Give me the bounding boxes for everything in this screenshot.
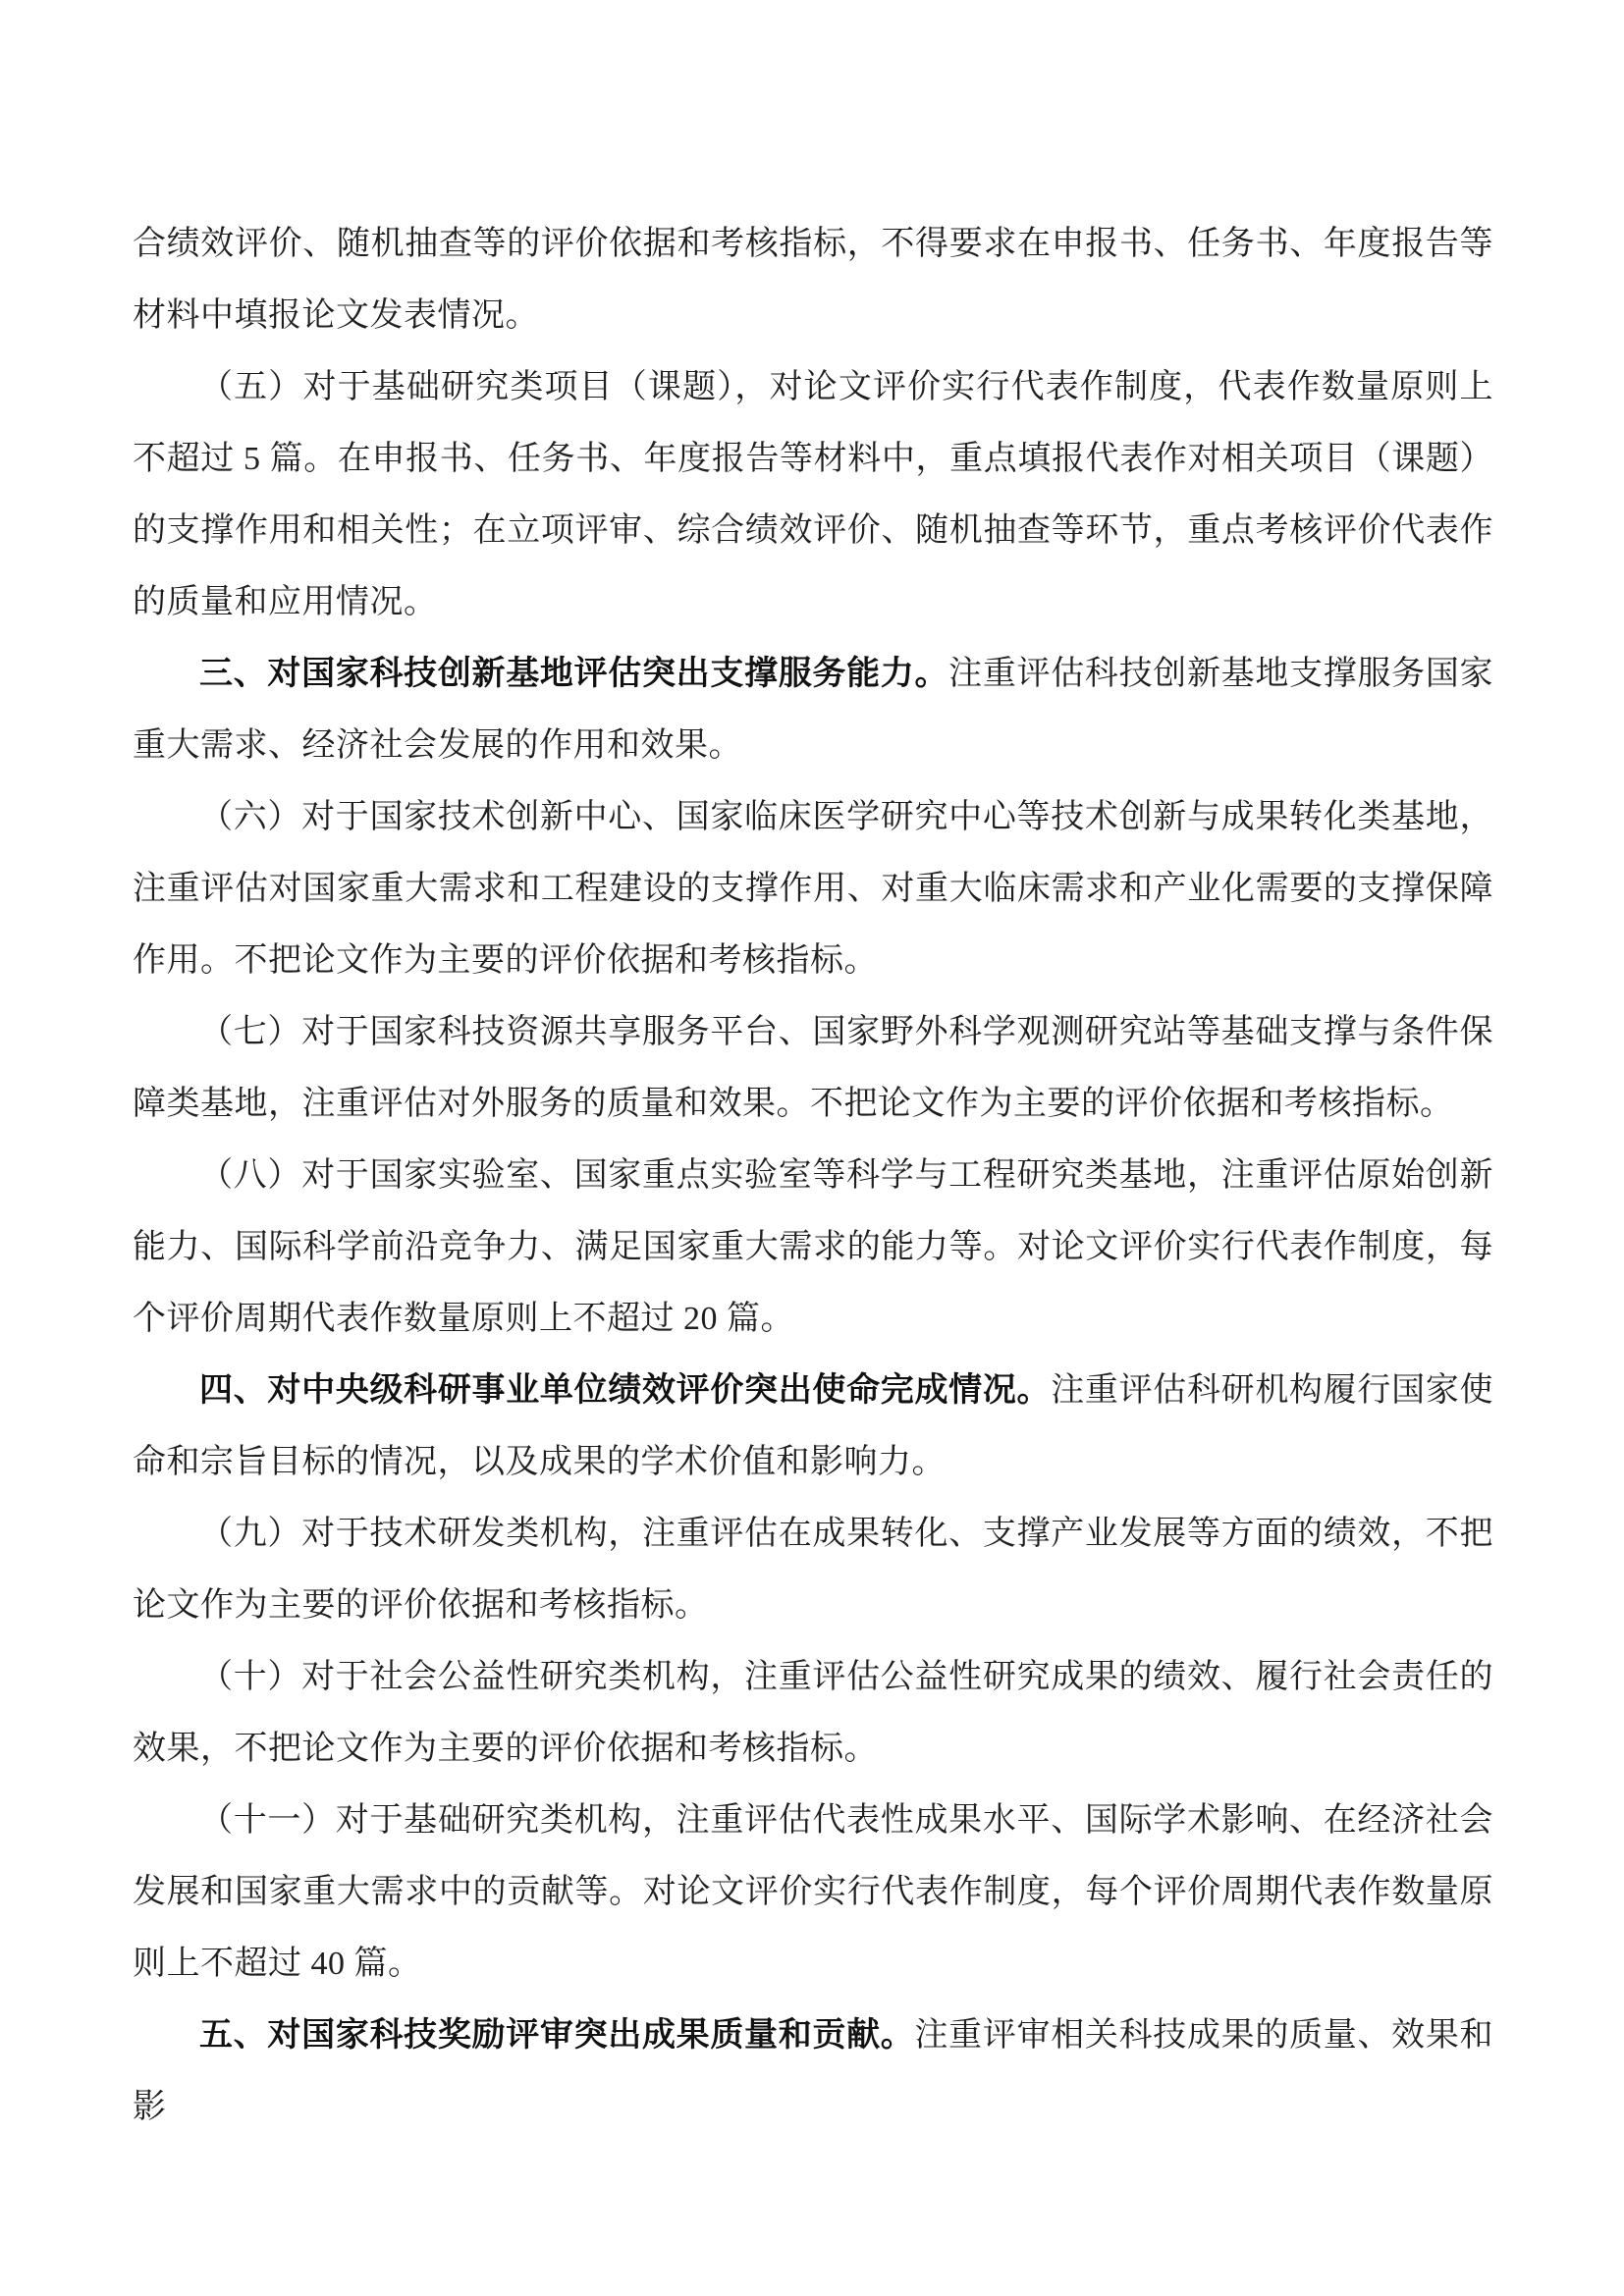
- section-heading-run: 三、对国家科技创新基地评估突出支撑服务能力。: [199, 656, 948, 692]
- section-heading-run: 四、对中央级科研事业单位绩效评价突出使命完成情况。: [199, 1372, 1051, 1409]
- body-text-run: （九）对于技术研发类机构，注重评估在成果转化、支撑产业发展等方面的绩效，不把论文…: [133, 1516, 1493, 1624]
- paragraph: 合绩效评价、随机抽查等的评价依据和考核指标，不得要求在申报书、任务书、年度报告等…: [133, 208, 1493, 351]
- document-body: 合绩效评价、随机抽查等的评价依据和考核指标，不得要求在申报书、任务书、年度报告等…: [133, 208, 1493, 2143]
- paragraph: （十）对于社会公益性研究类机构，注重评估公益性研究成果的绩效、履行社会责任的效果…: [133, 1641, 1493, 1785]
- body-text-run: （七）对于国家科技资源共享服务平台、国家野外科学观测研究站等基础支撑与条件保障类…: [133, 1014, 1493, 1122]
- body-text-run: （八）对于国家实验室、国家重点实验室等科学与工程研究类基地，注重评估原始创新能力…: [133, 1157, 1493, 1337]
- paragraph: （十一）对于基础研究类机构，注重评估代表性成果水平、国际学术影响、在经济社会发展…: [133, 1785, 1493, 2000]
- paragraph: 五、对国家科技奖励评审突出成果质量和贡献。注重评审相关科技成果的质量、效果和影: [133, 2000, 1493, 2143]
- body-text-run: （五）对于基础研究类项目（课题），对论文评价实行代表作制度，代表作数量原则上不超…: [133, 369, 1493, 620]
- paragraph: （八）对于国家实验室、国家重点实验室等科学与工程研究类基地，注重评估原始创新能力…: [133, 1140, 1493, 1355]
- paragraph: （九）对于技术研发类机构，注重评估在成果转化、支撑产业发展等方面的绩效，不把论文…: [133, 1498, 1493, 1641]
- paragraph: （七）对于国家科技资源共享服务平台、国家野外科学观测研究站等基础支撑与条件保障类…: [133, 996, 1493, 1140]
- body-text-run: 合绩效评价、随机抽查等的评价依据和考核指标，不得要求在申报书、任务书、年度报告等…: [133, 226, 1493, 334]
- paragraph: 三、对国家科技创新基地评估突出支撑服务能力。注重评估科技创新基地支撑服务国家重大…: [133, 638, 1493, 781]
- body-text-run: （十）对于社会公益性研究类机构，注重评估公益性研究成果的绩效、履行社会责任的效果…: [133, 1659, 1493, 1767]
- document-page: 合绩效评价、随机抽查等的评价依据和考核指标，不得要求在申报书、任务书、年度报告等…: [0, 0, 1624, 2296]
- paragraph: 四、对中央级科研事业单位绩效评价突出使命完成情况。注重评估科研机构履行国家使命和…: [133, 1355, 1493, 1498]
- section-heading-run: 五、对国家科技奖励评审突出成果质量和贡献。: [199, 2017, 914, 2054]
- paragraph: （五）对于基础研究类项目（课题），对论文评价实行代表作制度，代表作数量原则上不超…: [133, 351, 1493, 638]
- body-text-run: （六）对于国家技术创新中心、国家临床医学研究中心等技术创新与成果转化类基地，注重…: [133, 799, 1493, 979]
- body-text-run: （十一）对于基础研究类机构，注重评估代表性成果水平、国际学术影响、在经济社会发展…: [133, 1802, 1493, 1982]
- paragraph: （六）对于国家技术创新中心、国家临床医学研究中心等技术创新与成果转化类基地，注重…: [133, 781, 1493, 996]
